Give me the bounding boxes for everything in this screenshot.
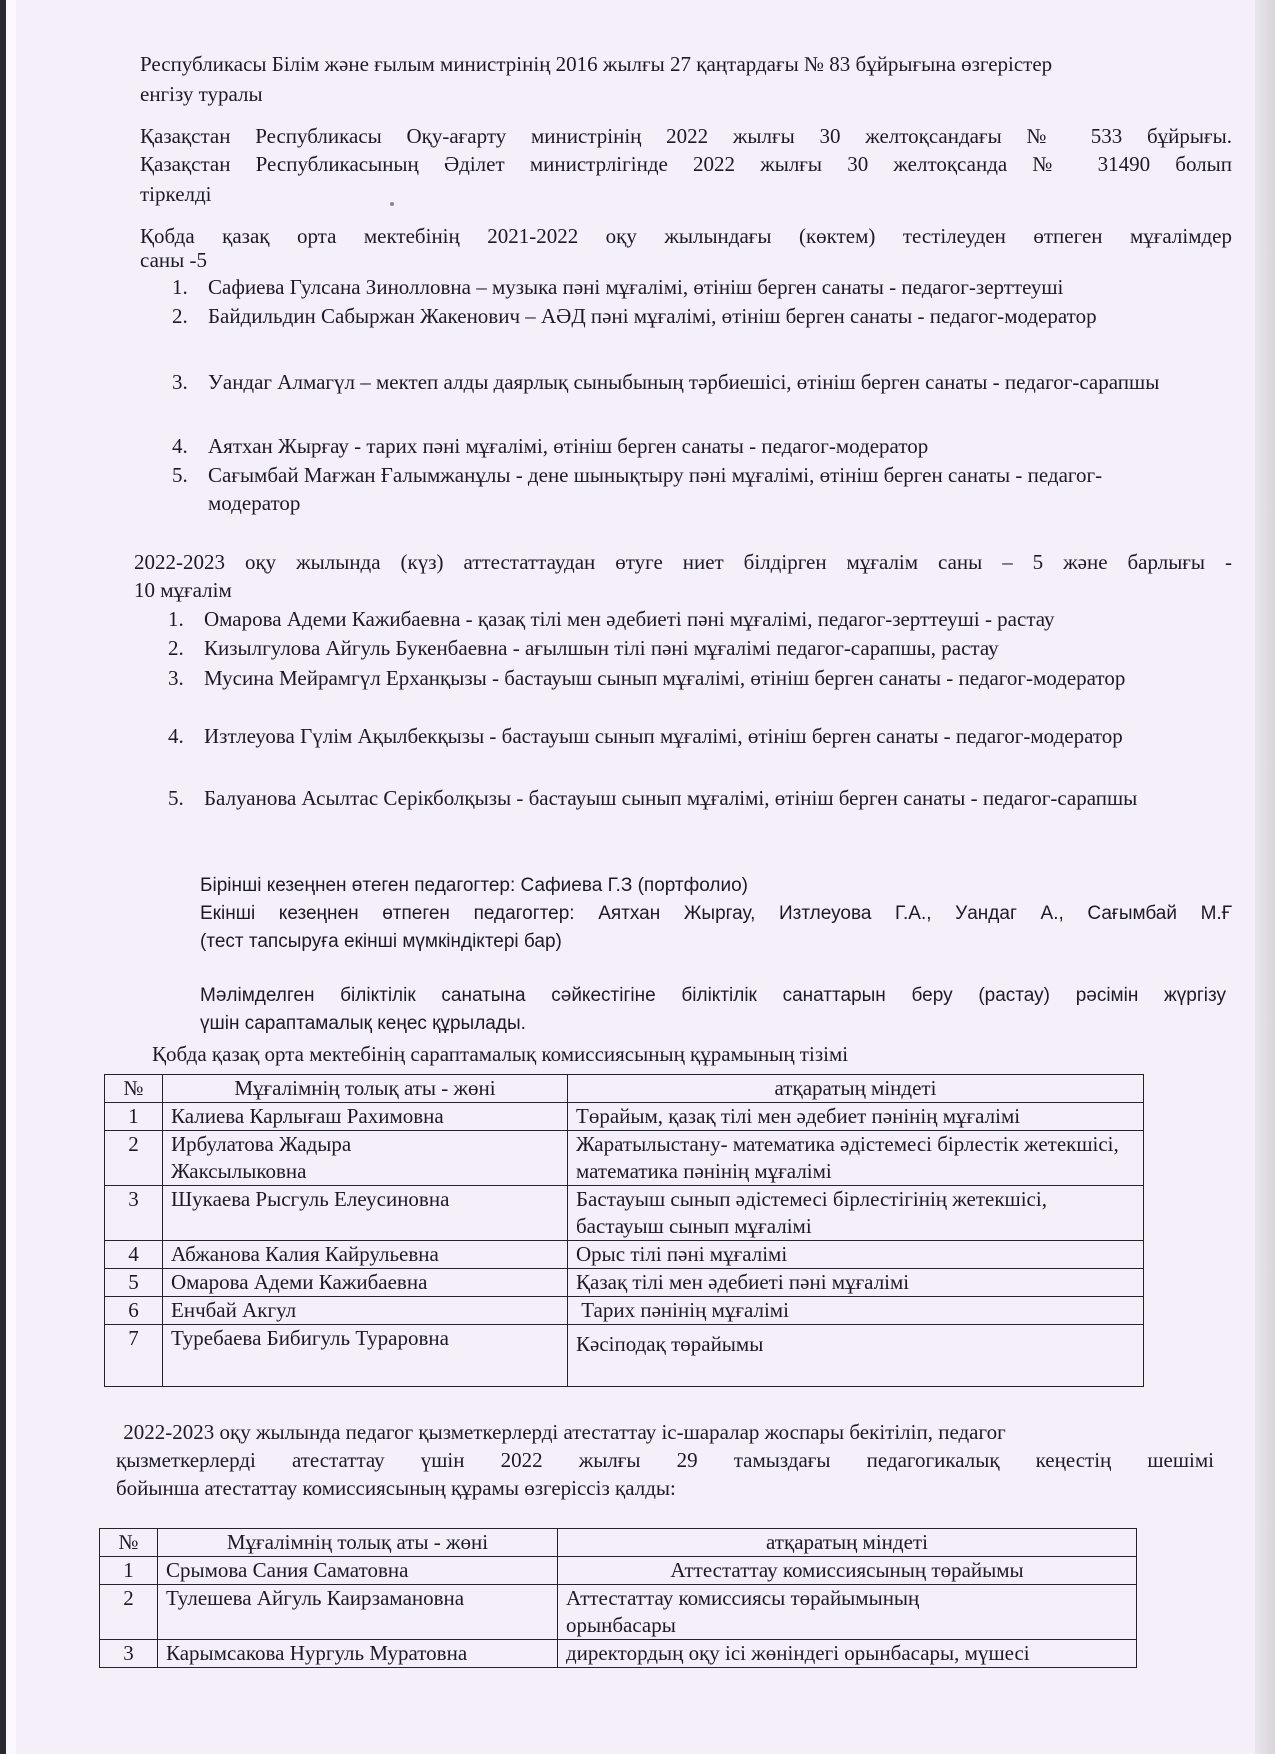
row-role: Аттестаттау комиссиясының төрайымы (558, 1557, 1137, 1585)
row-name: Шукаева Рысгуль Елеусиновна (163, 1186, 568, 1241)
row-num: 2 (100, 1585, 158, 1640)
expert-commission-table: № Мұғалімнің толық аты - жөні атқаратың … (104, 1074, 1144, 1387)
header-role: атқаратың міндеті (558, 1529, 1137, 1557)
row-num: 6 (105, 1297, 163, 1325)
table-header-row: № Мұғалімнің толық аты - жөні атқаратың … (105, 1075, 1144, 1103)
expert-table-title: Қобда қазақ орта мектебінің сараптамалық… (152, 1040, 848, 1068)
intro-line: Қазақстан Республикасының Әділет министр… (140, 150, 1232, 178)
row-name: Калиева Карлығаш Рахимовна (163, 1103, 568, 1131)
row-num: 4 (105, 1241, 163, 1269)
row-name: Енчбай Акгул (163, 1297, 568, 1325)
council-note: Мәлімделген біліктілік санатына сәйкесті… (200, 982, 1226, 1010)
intro-line: енгізу туралы (140, 80, 263, 108)
attestation-note: 2022-2023 оқу жылында педагог қызметкерл… (118, 1418, 1006, 1446)
row-role: Бастауыш сынып әдістемесі бірлестігінің … (568, 1186, 1144, 1241)
table-row: 3 Шукаева Рысгуль Елеусиновна Бастауыш с… (105, 1186, 1144, 1241)
row-role: Кәсіподақ төрайымы (568, 1325, 1144, 1387)
header-role: атқаратың міндеті (568, 1075, 1144, 1103)
council-note-cont: үшін сараптамалық кеңес құрылады. (200, 1010, 526, 1038)
document-page: Республикасы Білім және ғылым министріні… (0, 0, 1275, 1754)
intro-line: Қазақстан Республикасы Оқу-ағарту минист… (140, 122, 1232, 150)
autumn-heading-count: 10 мұғалім (134, 576, 232, 604)
row-name: Омарова Адеми Кажибаевна (163, 1269, 568, 1297)
row-role: Жаратылыстану- математика әдістемесі бір… (568, 1131, 1144, 1186)
row-num: 1 (100, 1557, 158, 1585)
scan-speck (390, 202, 394, 206)
row-role: Аттестаттау комиссиясы төрайымының орынб… (558, 1585, 1137, 1640)
row-num: 3 (100, 1640, 158, 1668)
table-row: 2 Тулешева Айгуль Каирзамановна Аттестат… (100, 1585, 1137, 1640)
attestation-note: бойынша атестаттау комиссиясының құрамы … (116, 1474, 676, 1502)
row-role: Тарих пәнінің мұғалімі (568, 1297, 1144, 1325)
first-stage-note: Бірінші кезеңнен өтеген педагогтер: Сафи… (200, 872, 748, 900)
header-name: Мұғалімнің толық аты - жөні (158, 1529, 558, 1557)
row-num: 7 (105, 1325, 163, 1387)
table-row: 3 Карымсакова Нургуль Муратовна директор… (100, 1640, 1137, 1668)
table-row: 7 Туребаева Бибигуль Тураровна Кәсіподақ… (105, 1325, 1144, 1387)
table-row: 2 Ирбулатова Жадыра Жаксылыковна Жаратыл… (105, 1131, 1144, 1186)
row-num: 1 (105, 1103, 163, 1131)
table-row: 5 Омарова Адеми Кажибаевна Қазақ тілі ме… (105, 1269, 1144, 1297)
table-row: 6 Енчбай Акгул Тарих пәнінің мұғалімі (105, 1297, 1144, 1325)
table-row: 1 Калиева Карлығаш Рахимовна Төрайым, қа… (105, 1103, 1144, 1131)
row-num: 2 (105, 1131, 163, 1186)
spring-heading: Қобда қазақ орта мектебінің 2021-2022 оқ… (140, 222, 1232, 250)
table-row: 4 Абжанова Калия Кайрульевна Орыс тілі п… (105, 1241, 1144, 1269)
row-role: Орыс тілі пәні мұғалімі (568, 1241, 1144, 1269)
header-num: № (105, 1075, 163, 1103)
attestation-note: қызметкерлерді атестаттау үшін 2022 жылғ… (116, 1446, 1214, 1474)
header-name: Мұғалімнің толық аты - жөні (163, 1075, 568, 1103)
second-stage-note-cont: (тест тапсыруға екінші мүмкіндіктері бар… (200, 928, 562, 956)
row-role: Қазақ тілі мен әдебиеті пәні мұғалімі (568, 1269, 1144, 1297)
row-role: директордың оқу ісі жөніндегі орынбасары… (558, 1640, 1137, 1668)
table-header-row: № Мұғалімнің толық аты - жөні атқаратың … (100, 1529, 1137, 1557)
table-row: 1 Срымова Сания Саматовна Аттестаттау ко… (100, 1557, 1137, 1585)
header-num: № (100, 1529, 158, 1557)
row-num: 5 (105, 1269, 163, 1297)
spring-heading-count: саны -5 (140, 246, 207, 274)
autumn-heading: 2022-2023 оқу жылында (күз) аттестаттауд… (134, 548, 1232, 576)
second-stage-note: Екінші кезеңнен өтпеген педагогтер: Аятх… (200, 900, 1232, 928)
row-name: Срымова Сания Саматовна (158, 1557, 558, 1585)
row-name: Туребаева Бибигуль Тураровна (163, 1325, 568, 1387)
row-num: 3 (105, 1186, 163, 1241)
intro-line: тіркелді (140, 180, 212, 208)
row-name: Абжанова Калия Кайрульевна (163, 1241, 568, 1269)
row-name: Тулешева Айгуль Каирзамановна (158, 1585, 558, 1640)
attestation-commission-table: № Мұғалімнің толық аты - жөні атқаратың … (99, 1528, 1137, 1668)
row-name: Ирбулатова Жадыра Жаксылыковна (163, 1131, 568, 1186)
intro-line: Республикасы Білім және ғылым министріні… (140, 50, 1052, 78)
row-name: Карымсакова Нургуль Муратовна (158, 1640, 558, 1668)
row-role: Төрайым, қазақ тілі мен әдебиет пәнінің … (568, 1103, 1144, 1131)
